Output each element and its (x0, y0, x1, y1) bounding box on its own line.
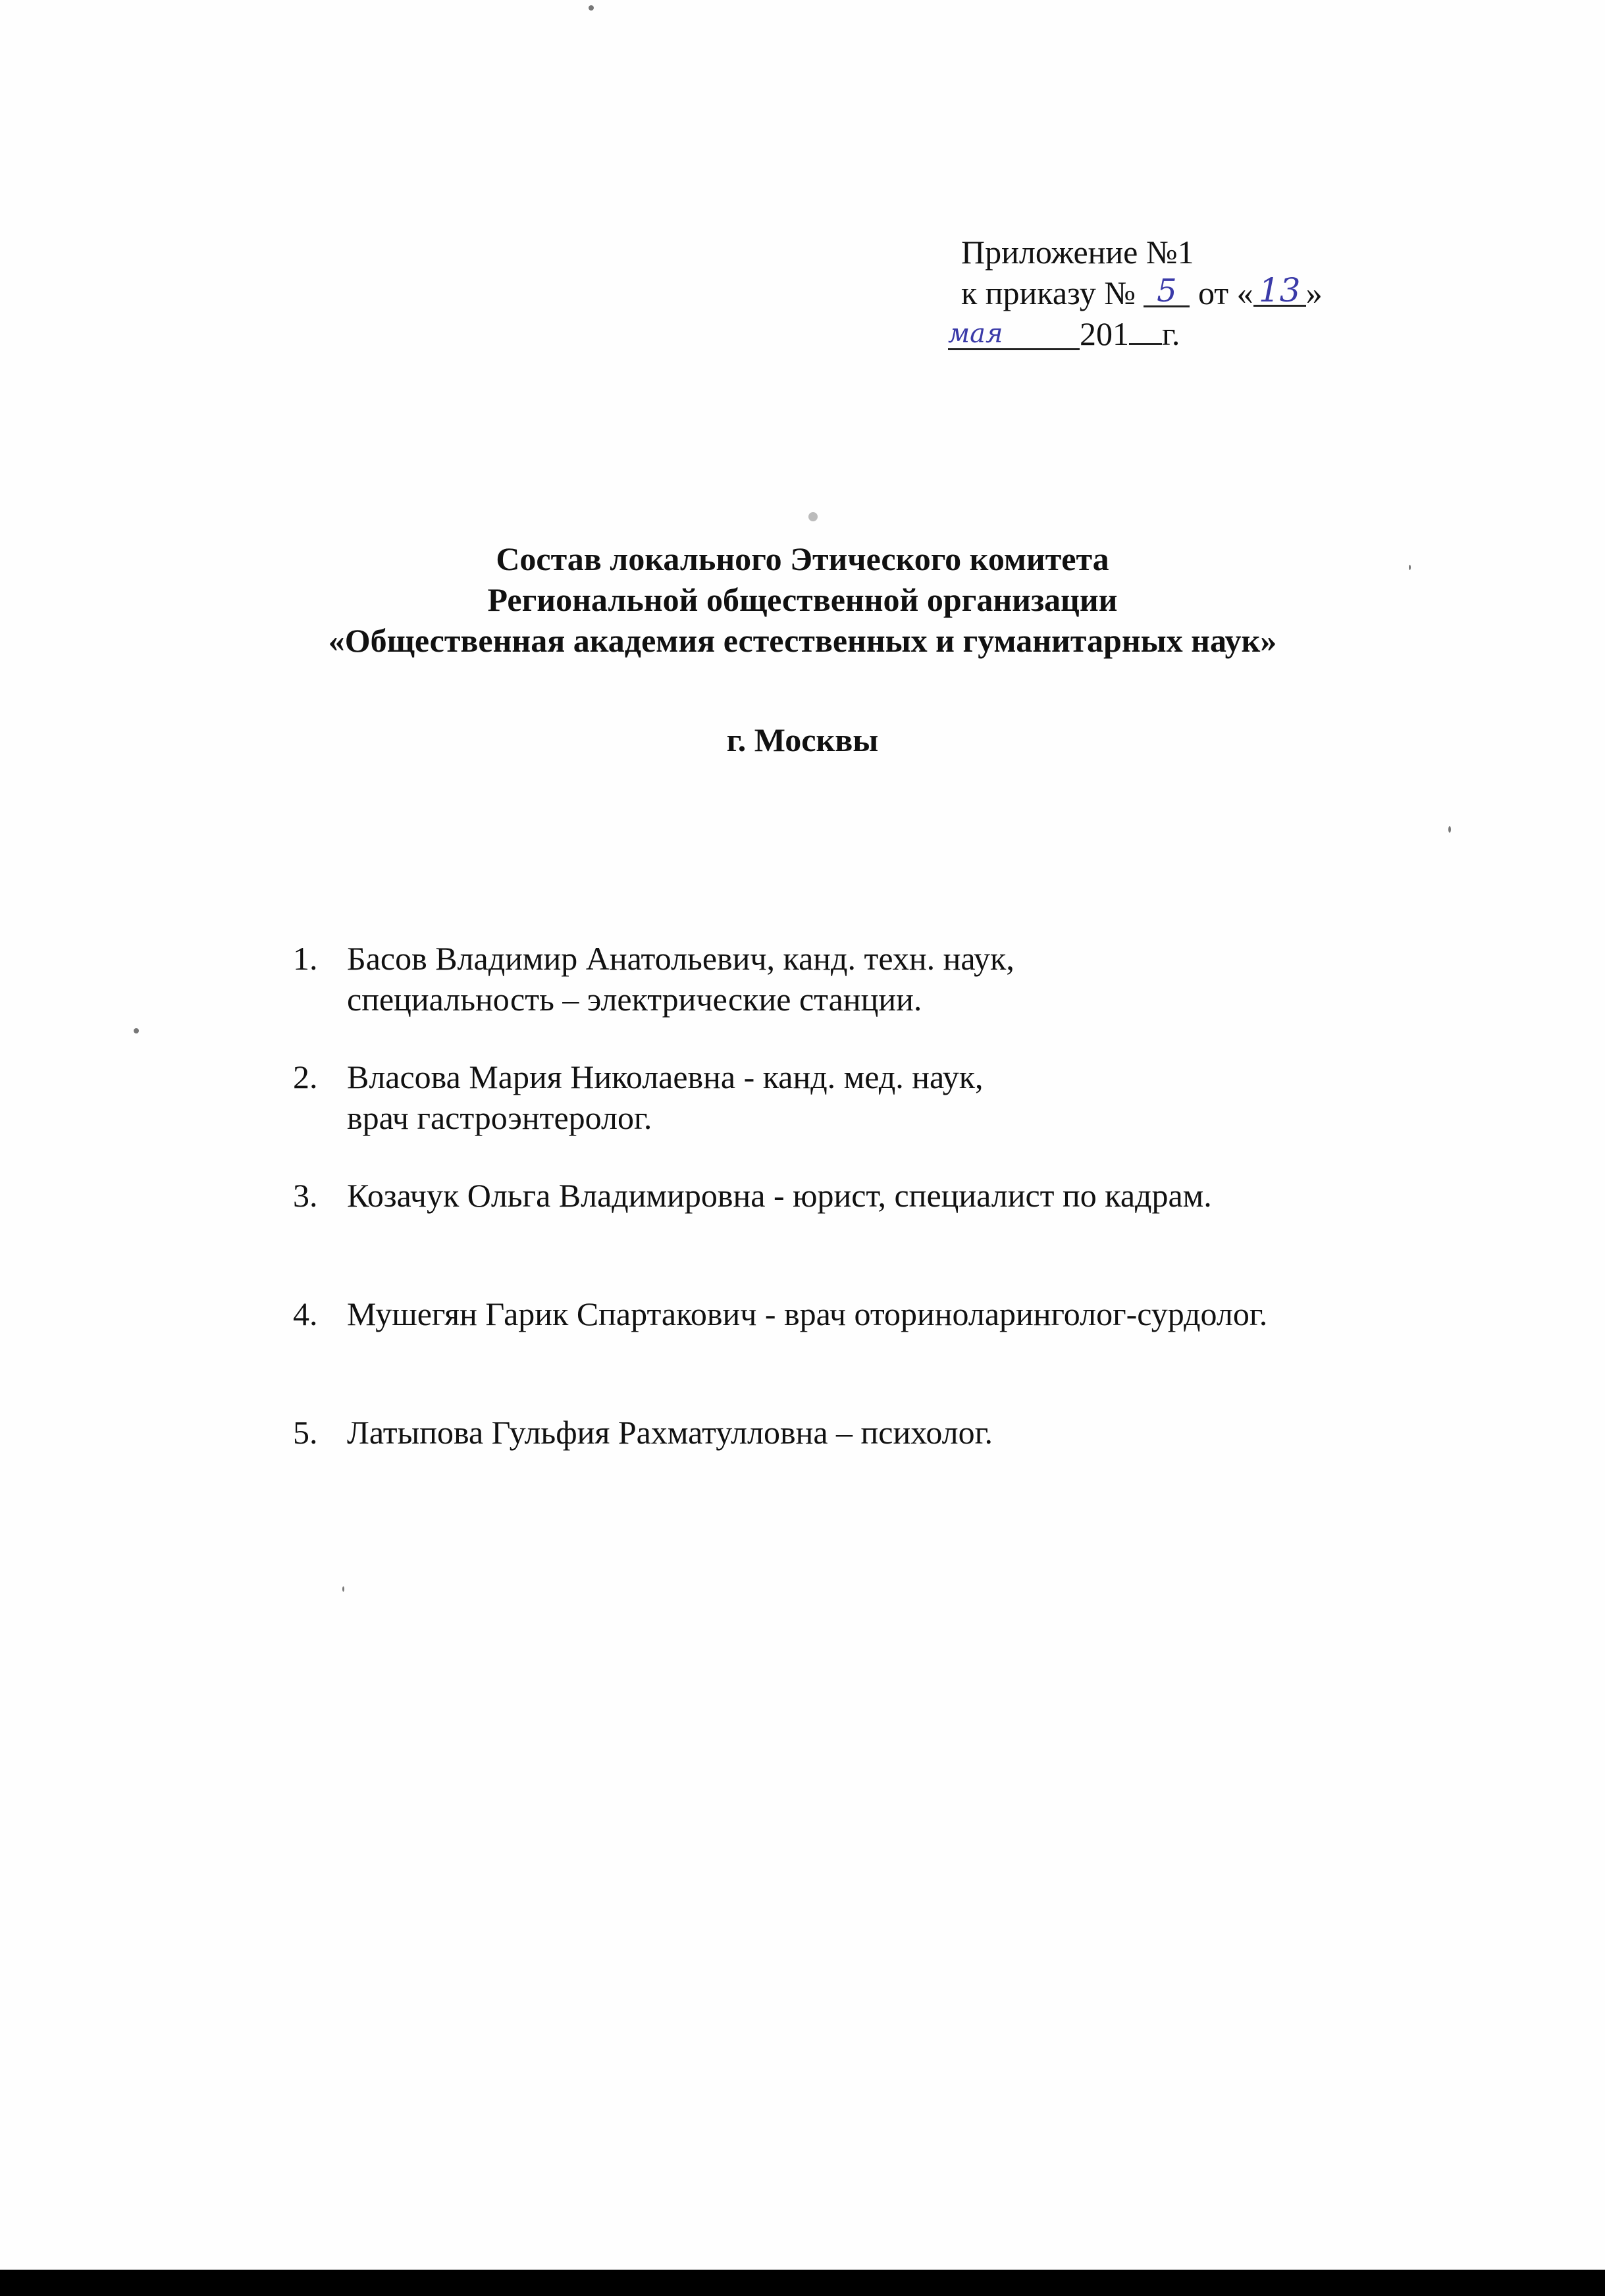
order-reference: к приказу № 5 от «13» (961, 273, 1323, 313)
item-number: 3. (293, 1175, 347, 1216)
order-prefix: к приказу № (961, 274, 1144, 311)
list-item: 4. Мушегян Гарик Спартакович - врач отор… (293, 1293, 1267, 1334)
scan-speck (1448, 826, 1451, 833)
title-line-1: Состав локального Этического комитета (0, 538, 1605, 579)
year-prefix: 201 (1080, 315, 1129, 352)
order-date-prefix: от « (1190, 274, 1253, 311)
member-line-1: Власова Мария Николаевна - канд. мед. на… (347, 1057, 983, 1097)
scan-speck (808, 512, 818, 521)
item-number: 5. (293, 1412, 347, 1453)
item-number: 2. (293, 1057, 347, 1138)
item-number: 1. (293, 938, 347, 1020)
year-suffix: г. (1162, 315, 1180, 352)
scan-border-band (0, 2270, 1605, 2296)
member-line-1: Мушегян Гарик Спартакович - врач оторино… (347, 1293, 1267, 1334)
list-item: 2. Власова Мария Николаевна - канд. мед.… (293, 1057, 1267, 1138)
members-list: 1. Басов Владимир Анатольевич, канд. тех… (293, 938, 1267, 1490)
member-line-1: Басов Владимир Анатольевич, канд. техн. … (347, 938, 1014, 979)
member-line-2: специальность – электрические станции. (347, 979, 1014, 1020)
list-item: 1. Басов Владимир Анатольевич, канд. тех… (293, 938, 1267, 1020)
document-title: Состав локального Этического комитета Ре… (0, 538, 1605, 661)
item-number: 4. (293, 1293, 347, 1334)
title-line-2: Региональной общественной организации (0, 579, 1605, 620)
handwritten-month: мая (948, 319, 1080, 350)
handwritten-day: 13 (1253, 276, 1306, 307)
document-page: Приложение №1 к приказу № 5 от «13» мая2… (0, 0, 1605, 2270)
scan-speck (342, 1586, 344, 1592)
city-heading: г. Москвы (0, 721, 1605, 759)
member-line-2: врач гастроэнтеролог. (347, 1097, 983, 1138)
scan-speck (1409, 565, 1411, 570)
member-line-1: Латыпова Гульфия Рахматулловна – психоло… (347, 1412, 993, 1453)
title-line-3: «Общественная академия естественных и гу… (0, 620, 1605, 661)
quote-close: » (1306, 274, 1323, 311)
annex-title: Приложение №1 (961, 232, 1323, 273)
scan-speck (589, 5, 594, 11)
annex-header: Приложение №1 к приказу № 5 от «13» мая2… (961, 232, 1323, 354)
handwritten-order-number: 5 (1144, 276, 1190, 307)
list-item: 5. Латыпова Гульфия Рахматулловна – псих… (293, 1412, 1267, 1453)
year-blank (1129, 317, 1162, 345)
scan-speck (134, 1028, 139, 1033)
member-line-1: Козачук Ольга Владимировна - юрист, спец… (347, 1175, 1212, 1216)
list-item: 3. Козачук Ольга Владимировна - юрист, с… (293, 1175, 1267, 1216)
order-date-line: мая201г. (948, 313, 1323, 354)
